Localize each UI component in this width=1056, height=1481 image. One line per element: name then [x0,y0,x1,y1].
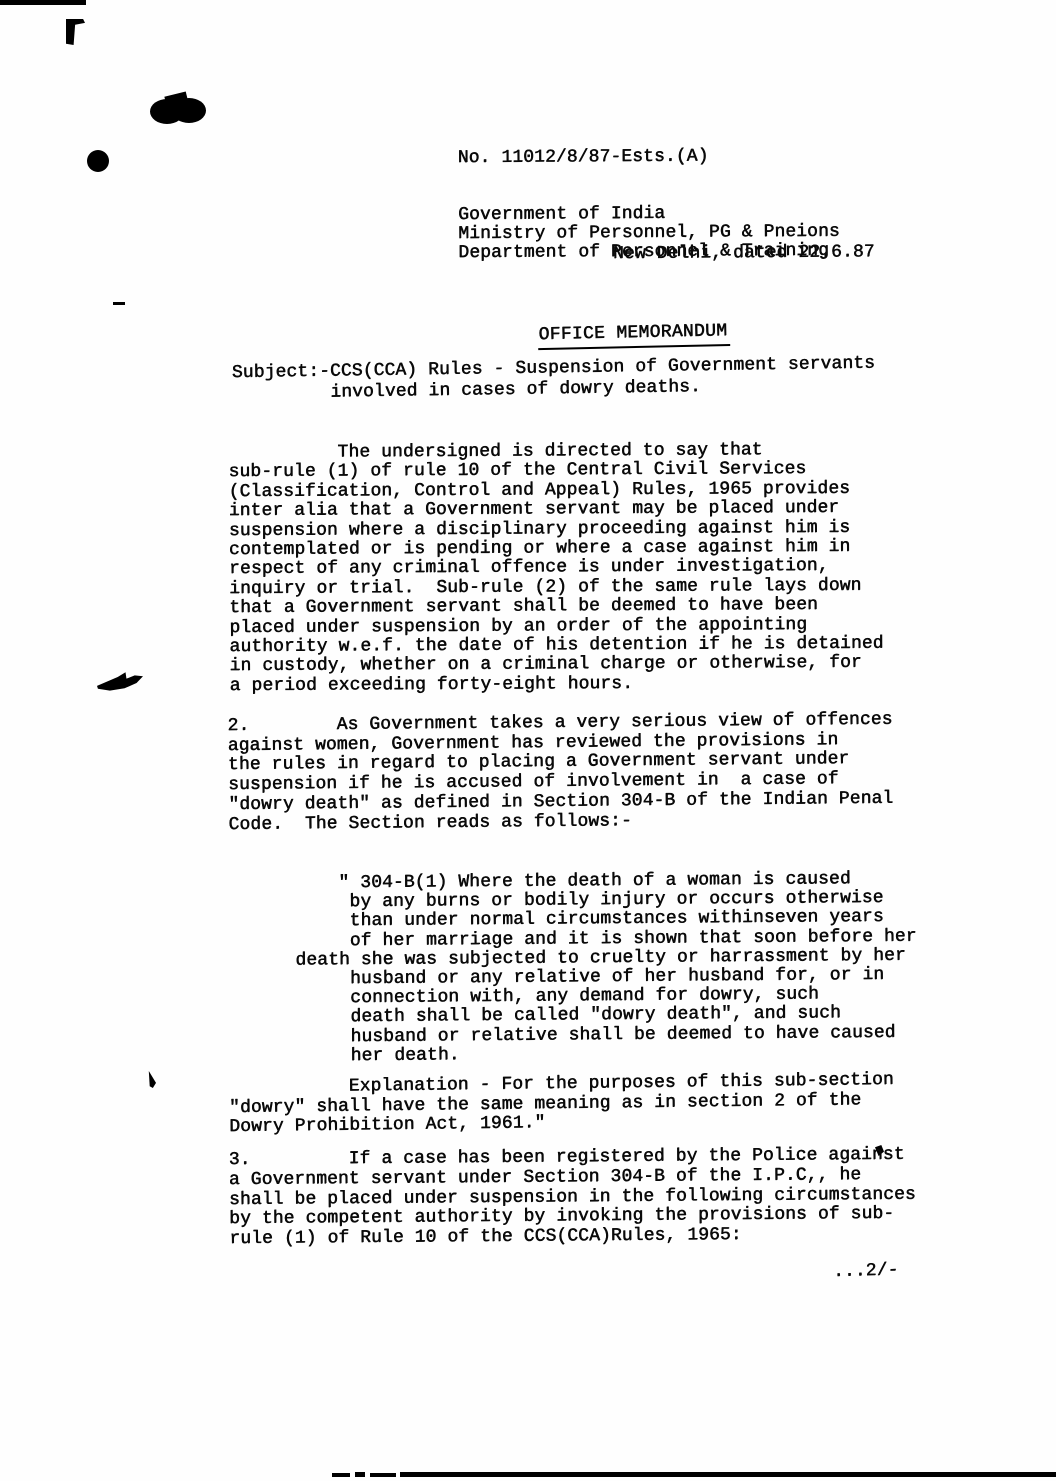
page-continuation-marker: ...2/- [833,1260,899,1282]
memo-title-text: OFFICE MEMORANDUM [537,321,730,350]
letterhead: No. 11012/8/87-Ests.(A) Government of In… [457,109,840,301]
scan-artifact-top-edge-bar [0,0,86,5]
reference-number: No. 11012/8/87-Ests.(A) [458,147,840,168]
paragraph-2: 2. As Government takes a very serious vi… [227,711,893,836]
scan-artifact-bottom-bar [400,1472,1056,1477]
ink-scribble-arrow [97,671,143,695]
paragraph-1: The undersigned is directed to say that … [228,441,883,697]
paragraph-3: 3. If a case has been registered by the … [229,1146,917,1250]
subject: Subject:-CCS(CCA) Rules - Suspension of … [232,353,876,405]
ink-dot [87,150,109,172]
scan-artifact-corner-flag [66,19,85,45]
scan-artifact-bottom-dash-1 [332,1473,350,1477]
scan-artifact-bottom-dash-2 [355,1472,365,1477]
scanned-memo-page: No. 11012/8/87-Ests.(A) Government of In… [0,0,1056,1481]
ink-tick [147,1071,156,1088]
pencil-dash [113,302,125,305]
explanation: Explanation - For the purposes of this s… [229,1071,895,1138]
scan-artifact-bottom-dash-3 [370,1473,396,1477]
dateline: New Delhi, dated 22.6.87 [613,242,875,264]
quote-section-304b: " 304-B(1) Where the death of a woman is… [229,870,917,1067]
